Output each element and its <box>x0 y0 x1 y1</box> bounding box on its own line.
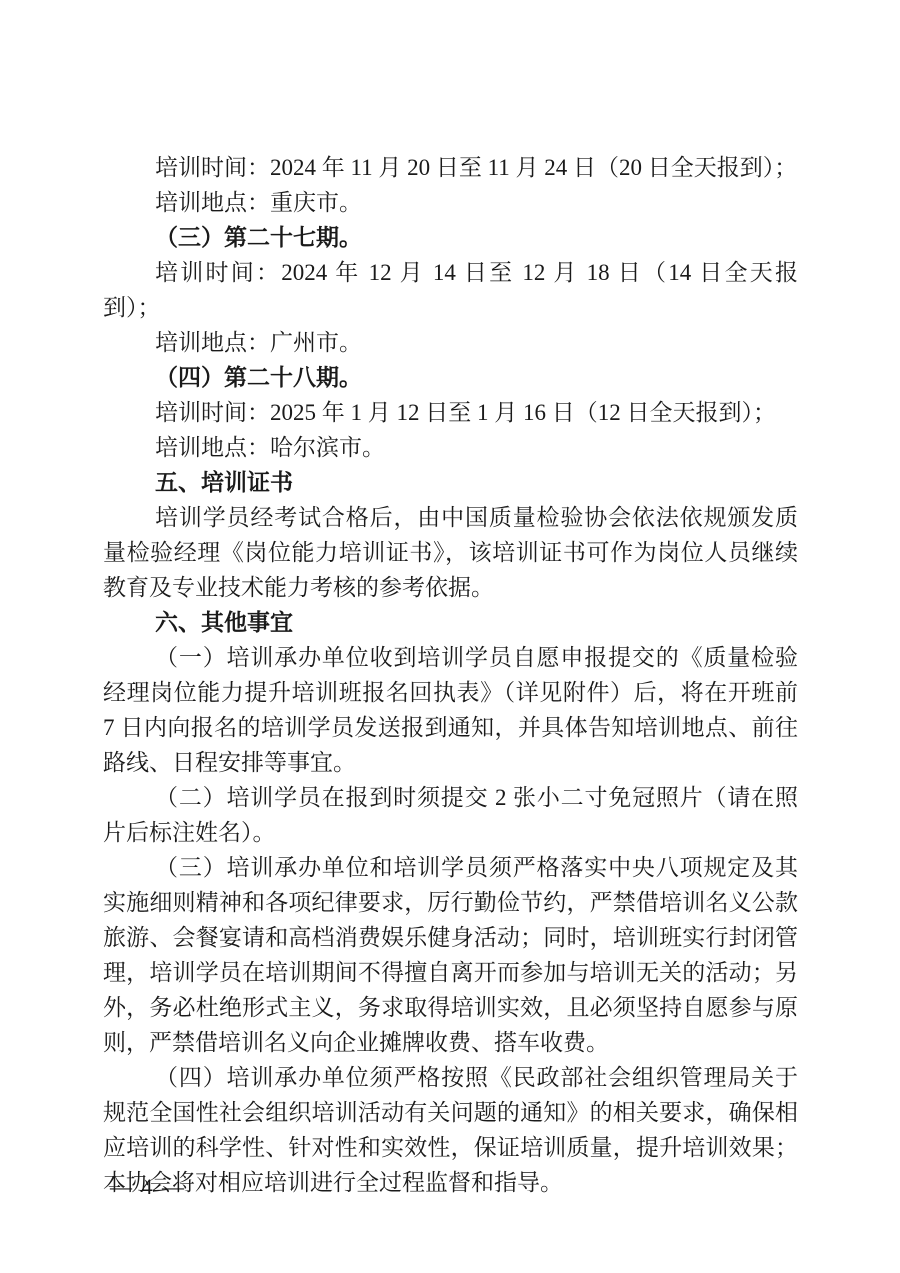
training-time-line-1: 培训时间：2024 年 11 月 20 日至 11 月 24 日（20 日全天报… <box>103 150 798 185</box>
heading-section-5-certificate: 五、培训证书 <box>103 465 798 500</box>
paragraph-other-matters-1: （一）培训承办单位收到培训学员自愿申报提交的《质量检验经理岗位能力提升培训班报名… <box>103 640 798 780</box>
heading-section-6-other-matters: 六、其他事宜 <box>103 605 798 640</box>
document-body: 培训时间：2024 年 11 月 20 日至 11 月 24 日（20 日全天报… <box>103 150 798 1200</box>
paragraph-other-matters-2: （二）培训学员在报到时须提交 2 张小二寸免冠照片（请在照片后标注姓名）。 <box>103 780 798 850</box>
paragraph-certificate-details: 培训学员经考试合格后，由中国质量检验协会依法依规颁发质量检验经理《岗位能力培训证… <box>103 500 798 605</box>
training-time-line-3: 培训时间：2025 年 1 月 12 日至 1 月 16 日（12 日全天报到）… <box>103 395 798 430</box>
subheading-session-27: （三）第二十七期。 <box>103 220 798 255</box>
training-location-line-1: 培训地点：重庆市。 <box>103 185 798 220</box>
paragraph-other-matters-4: （四）培训承办单位须严格按照《民政部社会组织管理局关于规范全国性社会组织培训活动… <box>103 1060 798 1200</box>
paragraph-other-matters-3: （三）培训承办单位和培训学员须严格落实中央八项规定及其实施细则精神和各项纪律要求… <box>103 850 798 1060</box>
subheading-session-28: （四）第二十八期。 <box>103 360 798 395</box>
training-time-line-2: 培训时间：2024 年 12 月 14 日至 12 月 18 日（14 日全天报… <box>103 255 798 325</box>
page-number: — 4 — <box>110 1172 186 1202</box>
training-location-line-3: 培训地点：哈尔滨市。 <box>103 430 798 465</box>
document-page: 培训时间：2024 年 11 月 20 日至 11 月 24 日（20 日全天报… <box>0 0 900 1273</box>
training-location-line-2: 培训地点：广州市。 <box>103 325 798 360</box>
